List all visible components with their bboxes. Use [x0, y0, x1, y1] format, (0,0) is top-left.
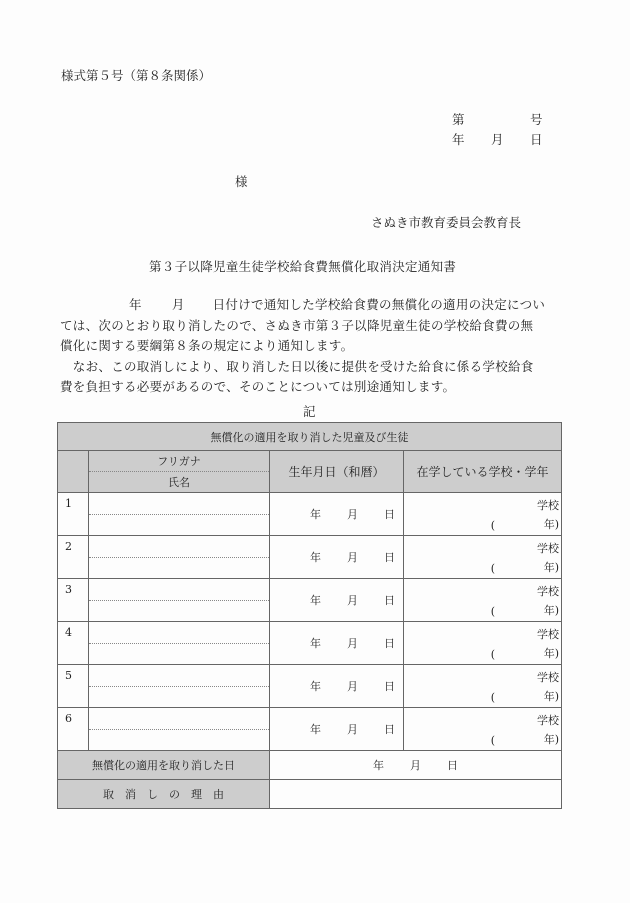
school-grade-field[interactable]: 学校(年)	[404, 622, 562, 665]
school-grade-field[interactable]: 学校(年)	[404, 708, 562, 751]
row-number: 1	[58, 493, 89, 536]
row-number: 5	[58, 665, 89, 708]
cancel-date-field[interactable]: 年月日	[270, 751, 562, 780]
birthdate-field[interactable]: 年月日	[270, 536, 404, 579]
cancel-date-label: 無償化の適用を取り消した日	[58, 751, 270, 780]
doc-date-day: 日	[530, 130, 543, 148]
school-grade-field[interactable]: 学校(年)	[404, 536, 562, 579]
table-row: 5 年月日 学校(年)	[58, 665, 562, 708]
header-number-cell	[58, 451, 89, 493]
doc-number-go: 号	[530, 110, 543, 128]
furigana-name-field[interactable]	[89, 493, 270, 536]
table-row: 2 年月日 学校(年)	[58, 536, 562, 579]
table-row: 6 年月日 学校(年)	[58, 708, 562, 751]
birthdate-field[interactable]: 年月日	[270, 493, 404, 536]
header-name: 氏名	[89, 472, 270, 493]
ki-label: 記	[303, 402, 316, 420]
addressee-suffix: 様	[235, 172, 248, 190]
furigana-name-field[interactable]	[89, 708, 270, 751]
body-line-5: 費を負担する必要があるので、そのことについては別途通知します。	[60, 377, 565, 398]
form-label: 様式第５号（第８条関係）	[61, 66, 211, 84]
doc-number-dai: 第	[452, 110, 465, 128]
row-number: 2	[58, 536, 89, 579]
school-grade-field[interactable]: 学校(年)	[404, 665, 562, 708]
header-birthdate: 生年月日（和暦）	[270, 451, 404, 493]
cancellation-table: 無償化の適用を取り消した児童及び生徒 フリガナ 生年月日（和暦） 在学している学…	[57, 422, 562, 809]
doc-date-year: 年	[452, 130, 465, 148]
header-furigana: フリガナ	[89, 451, 270, 472]
school-grade-field[interactable]: 学校(年)	[404, 493, 562, 536]
table-row: 4 年月日 学校(年)	[58, 622, 562, 665]
doc-date-month: 月	[491, 130, 504, 148]
table-caption: 無償化の適用を取り消した児童及び生徒	[58, 423, 562, 451]
document-title: 第３子以降児童生徒学校給食費無償化取消決定通知書	[149, 257, 456, 275]
body-line-1: 年月日付けで通知した学校給食費の無償化の適用の決定につい	[60, 295, 565, 316]
body-text: 年月日付けで通知した学校給食費の無償化の適用の決定につい ては、次のとおり取り消…	[60, 295, 565, 398]
body-line-3: 償化に関する要綱第８条の規定により通知します。	[60, 336, 565, 357]
birthdate-field[interactable]: 年月日	[270, 708, 404, 751]
header-school: 在学している学校・学年	[404, 451, 562, 493]
row-number: 6	[58, 708, 89, 751]
furigana-name-field[interactable]	[89, 622, 270, 665]
furigana-name-field[interactable]	[89, 579, 270, 622]
body-line-2: ては、次のとおり取り消したので、さぬき市第３子以降児童生徒の学校給食費の無	[60, 316, 565, 337]
birthdate-field[interactable]: 年月日	[270, 622, 404, 665]
birthdate-field[interactable]: 年月日	[270, 665, 404, 708]
birthdate-field[interactable]: 年月日	[270, 579, 404, 622]
row-number: 3	[58, 579, 89, 622]
table-row: 3 年月日 学校(年)	[58, 579, 562, 622]
school-grade-field[interactable]: 学校(年)	[404, 579, 562, 622]
furigana-name-field[interactable]	[89, 536, 270, 579]
body-line-4: なお、この取消しにより、取り消した日以後に提供を受けた給食に係る学校給食	[60, 357, 565, 378]
furigana-name-field[interactable]	[89, 665, 270, 708]
sender: さぬき市教育委員会教育長	[371, 213, 521, 231]
reason-field[interactable]	[270, 780, 562, 809]
table-row: 1 年月日 学校(年)	[58, 493, 562, 536]
reason-label: 取 消 し の 理 由	[58, 780, 270, 809]
row-number: 4	[58, 622, 89, 665]
